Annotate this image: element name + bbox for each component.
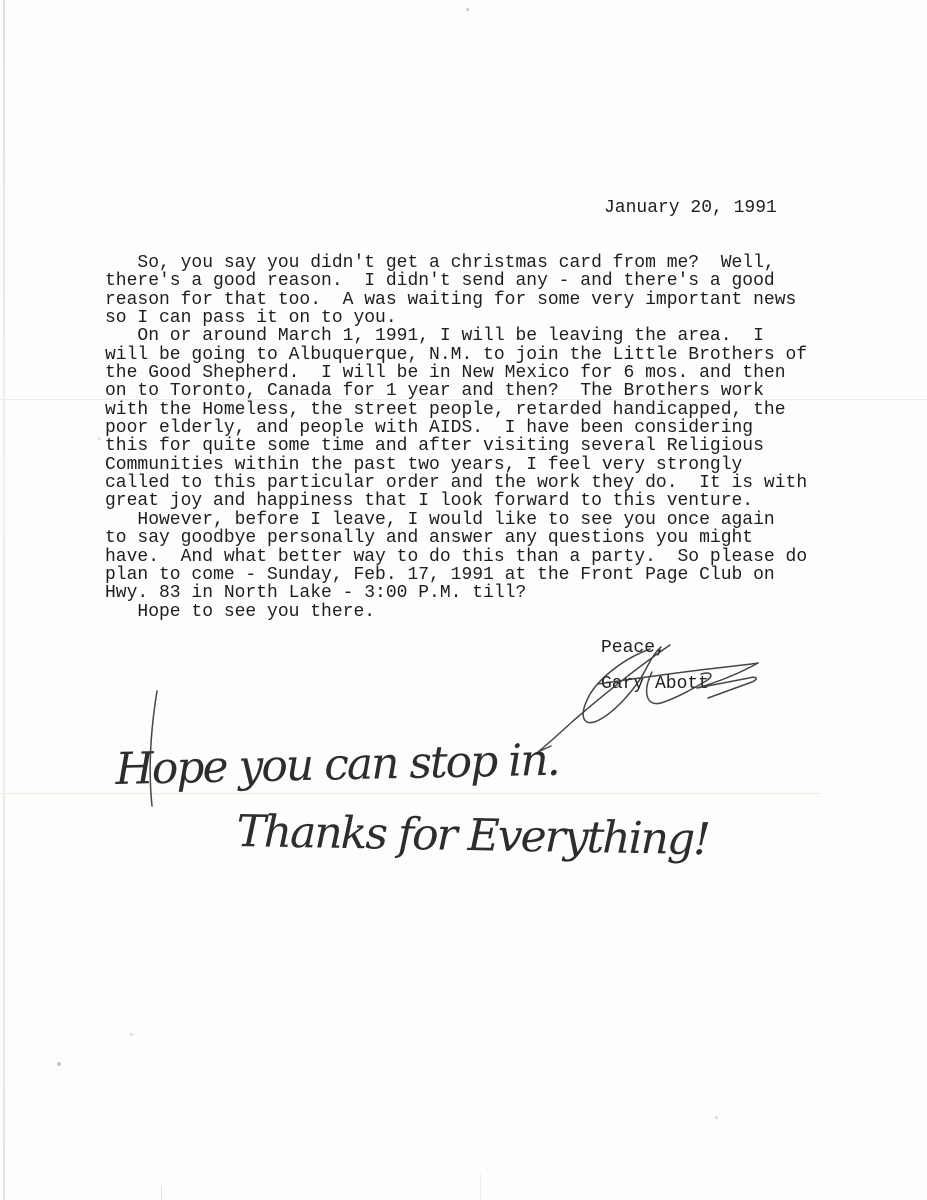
- scan-speck: [57, 1062, 61, 1066]
- letter-body: So, you say you didn't get a christmas c…: [105, 254, 807, 621]
- scan-edge-line: [3, 0, 5, 1200]
- handwritten-note-line2: Thanks for Everything!: [236, 806, 709, 865]
- scanned-letter-page: January 20, 1991 So, you say you didn't …: [0, 0, 927, 1200]
- scan-speck: [98, 437, 101, 440]
- scan-artifact-vertical-line: [480, 1174, 481, 1200]
- handwritten-note-line1: Hope you can stop in.: [115, 735, 559, 795]
- signature-typed-name: Gary Abott: [601, 674, 709, 694]
- scan-speck: [715, 1116, 718, 1119]
- scan-artifact-vertical-line: [161, 1186, 162, 1200]
- scan-speck: [466, 8, 469, 11]
- closing-peace: Peace,: [601, 638, 666, 658]
- date-line: January 20, 1991: [604, 198, 777, 218]
- scan-speck: [130, 1033, 133, 1036]
